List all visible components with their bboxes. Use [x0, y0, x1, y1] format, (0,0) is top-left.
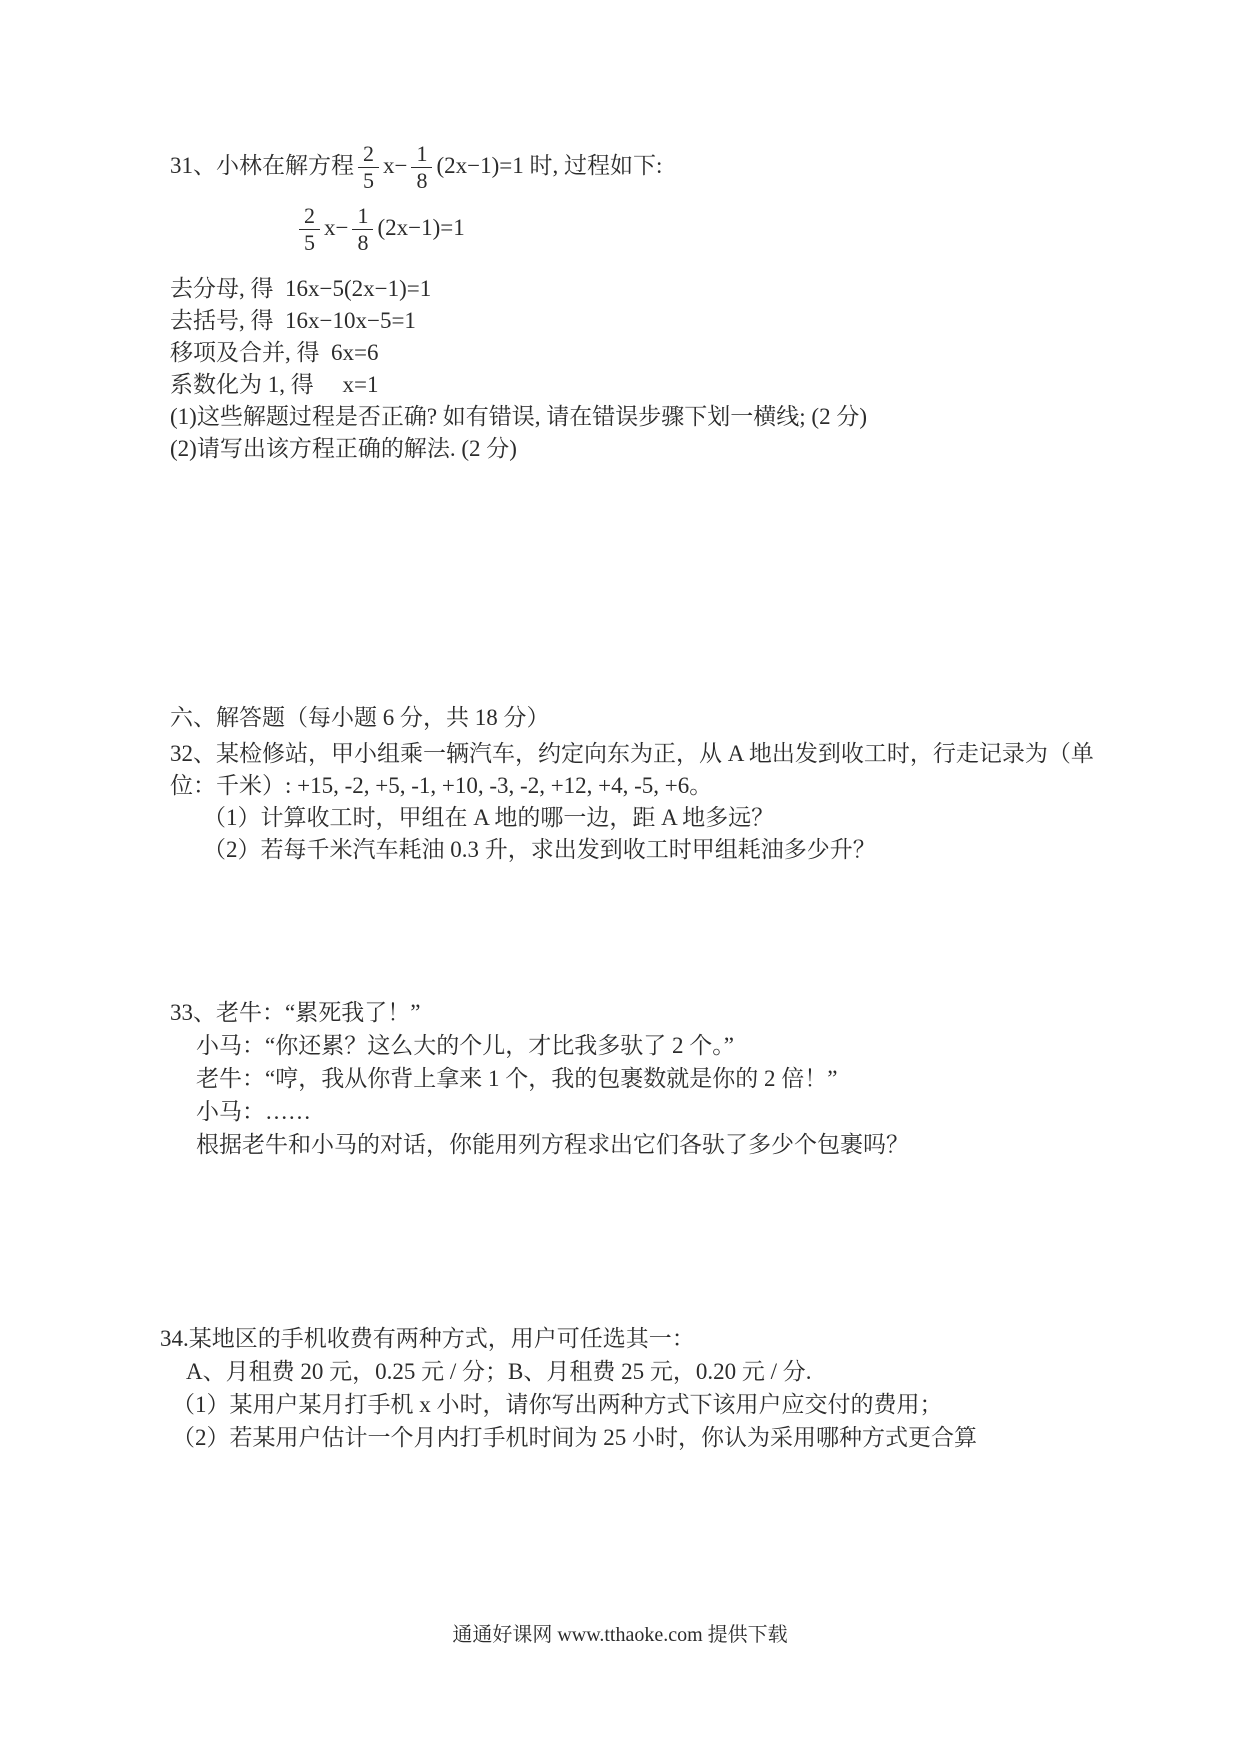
q31-step-normalize-coefficient: 系数化为 1, 得 x=1	[170, 369, 1110, 401]
section-6-header: 六、解答题（每小题 6 分，共 18 分）	[170, 702, 1110, 734]
exam-page: 31、小林在解方程25x−18(2x−1)=1 时, 过程如下: 25x−18(…	[0, 0, 1240, 1754]
q31-stem-prefix: 31、小林在解方程	[170, 153, 354, 178]
q31-step-remove-brackets: 去括号, 得 16x−10x−5=1	[170, 305, 1110, 337]
q32-part-2: （2）若每千米汽车耗油 0.3 升，求出发到收工时甲组耗油多少升？	[170, 834, 1110, 866]
question-33: 33、老牛：“累死我了！” 小马：“你还累？这么大的个儿，才比我多驮了 2 个。…	[170, 996, 1110, 1161]
fraction-denominator: 8	[352, 230, 373, 255]
q34-part-2: （2）若某用户估计一个月内打手机时间为 25 小时，你认为采用哪种方式更合算	[160, 1421, 1110, 1454]
q33-dialog-ox-2: 老牛：“哼，我从你背上拿来 1 个，我的包裹数就是你的 2 倍！”	[170, 1062, 1110, 1095]
q32-stem-line-1: 32、某检修站，甲小组乘一辆汽车，约定向东为正，从 A 地出发到收工时，行走记录…	[170, 738, 1110, 770]
fraction-one-eighth: 18	[411, 142, 432, 193]
q34-stem-line: 34.某地区的手机收费有两种方式，用户可任选其一：	[160, 1322, 1110, 1355]
q31-solution-steps: 去分母, 得 16x−5(2x−1)=1 去括号, 得 16x−10x−5=1 …	[170, 273, 1110, 465]
q31-step-remove-denominator: 去分母, 得 16x−5(2x−1)=1	[170, 273, 1110, 305]
q31-equation-line: 25x−18(2x−1)=1	[295, 197, 1110, 259]
question-34: 34.某地区的手机收费有两种方式，用户可任选其一： A、月租费 20 元，0.2…	[160, 1322, 1110, 1454]
q31-stem-suffix: (2x−1)=1 时, 过程如下:	[436, 153, 662, 178]
fraction-one-eighth: 18	[352, 204, 373, 255]
fraction-two-fifths: 25	[299, 204, 320, 255]
fraction-numerator: 1	[352, 204, 373, 230]
q33-dialog-horse-1: 小马：“你还累？这么大的个儿，才比我多驮了 2 个。”	[170, 1029, 1110, 1062]
fraction-two-fifths: 25	[358, 142, 379, 193]
q32-part-1: （1）计算收工时，甲组在 A 地的哪一边，距 A 地多远？	[170, 802, 1110, 834]
q31-part-1: (1)这些解题过程是否正确? 如有错误, 请在错误步骤下划一横线; (2 分)	[170, 401, 1110, 433]
q31-stem-line: 31、小林在解方程25x−18(2x−1)=1 时, 过程如下:	[170, 135, 1110, 197]
section-6-title: 六、解答题（每小题 6 分，共 18 分）	[170, 702, 1110, 734]
q33-dialog-horse-2: 小马：……	[170, 1095, 1110, 1128]
q31-step-combine-terms: 移项及合并, 得 6x=6	[170, 337, 1110, 369]
q31-part-2: (2)请写出该方程正确的解法. (2 分)	[170, 433, 1110, 465]
fraction-numerator: 2	[358, 142, 379, 168]
q31-equation-suffix: (2x−1)=1	[377, 215, 464, 240]
fraction-numerator: 2	[299, 204, 320, 230]
q33-dialog-ox-1: 33、老牛：“累死我了！”	[170, 996, 1110, 1029]
q31-stem-mid: x−	[383, 153, 407, 178]
q31-equation-mid: x−	[324, 215, 348, 240]
q32-stem-line-2: 位：千米）: +15, -2, +5, -1, +10, -3, -2, +12…	[170, 770, 1110, 802]
q33-task-line: 根据老牛和小马的对话，你能用列方程求出它们各驮了多少个包裹吗？	[170, 1128, 1110, 1161]
q34-plans-line: A、月租费 20 元，0.25 元 / 分；B、月租费 25 元，0.20 元 …	[160, 1355, 1110, 1388]
fraction-denominator: 8	[411, 168, 432, 193]
fraction-denominator: 5	[299, 230, 320, 255]
fraction-denominator: 5	[358, 168, 379, 193]
question-32: 32、某检修站，甲小组乘一辆汽车，约定向东为正，从 A 地出发到收工时，行走记录…	[170, 738, 1110, 866]
footer-text: 通通好课网 www.tthaoke.com 提供下载	[452, 1624, 787, 1646]
fraction-numerator: 1	[411, 142, 432, 168]
q34-part-1: （1）某用户某月打手机 x 小时，请你写出两种方式下该用户应交付的费用；	[160, 1388, 1110, 1421]
question-31: 31、小林在解方程25x−18(2x−1)=1 时, 过程如下: 25x−18(…	[170, 135, 1110, 465]
page-footer: 通通好课网 www.tthaoke.com 提供下载	[0, 1620, 1240, 1650]
